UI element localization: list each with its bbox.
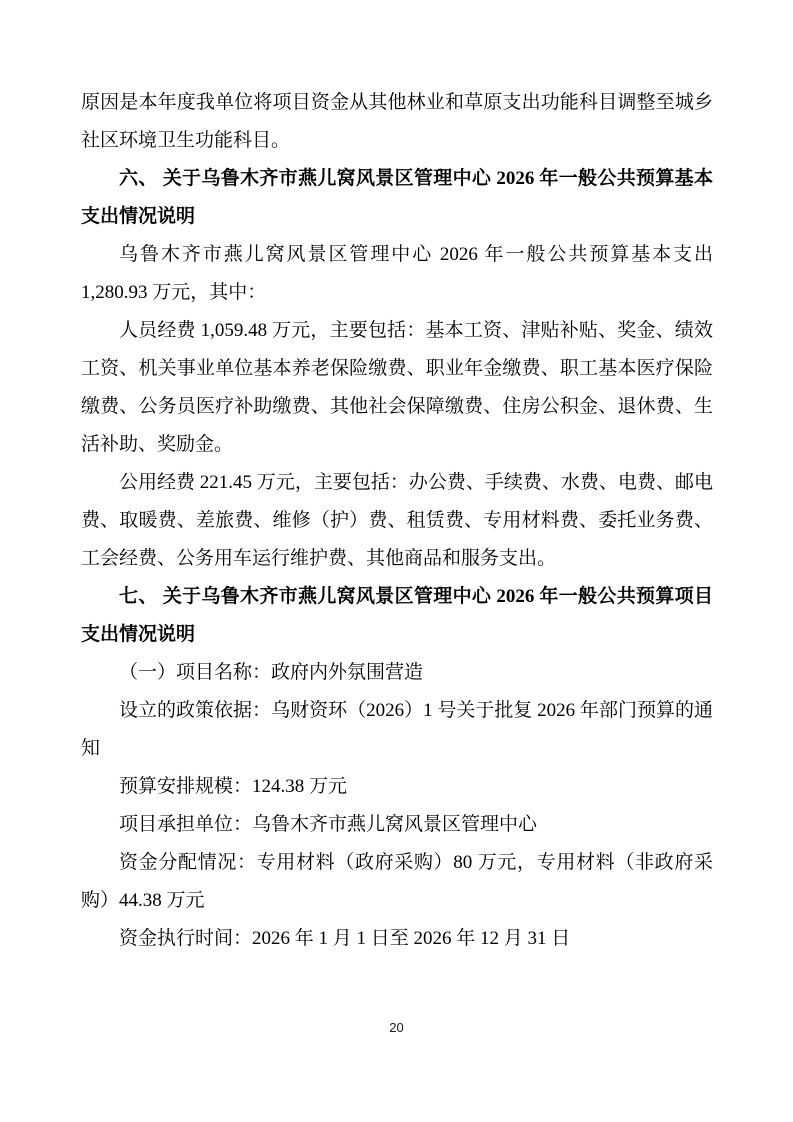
paragraph-basic-expenditure-total: 乌鲁木齐市燕儿窝风景区管理中心 2026 年一般公共预算基本支出 1,280.9… xyxy=(81,236,713,312)
page-footer: 20 xyxy=(0,1018,793,1038)
paragraph-personnel-funds: 人员经费 1,059.48 万元，主要包括：基本工资、津贴补贴、奖金、绩效工资、… xyxy=(81,312,713,464)
paragraph-project-name: （一）项目名称：政府内外氛围营造 xyxy=(81,654,713,692)
paragraph-budget-scale: 预算安排规模：124.38 万元 xyxy=(81,768,713,806)
section-heading-6: 六、 关于乌鲁木齐市燕儿窝风景区管理中心 2026 年一般公共预算基本支出情况说… xyxy=(81,160,713,236)
paragraph-policy-basis: 设立的政策依据：乌财资环（2026）1 号关于批复 2026 年部门预算的通知 xyxy=(81,692,713,768)
document-content: 原因是本年度我单位将项目资金从其他林业和草原支出功能科目调整至城乡社区环境卫生功… xyxy=(81,84,713,958)
paragraph-undertaking-unit: 项目承担单位：乌鲁木齐市燕儿窝风景区管理中心 xyxy=(81,806,713,844)
paragraph-continuation: 原因是本年度我单位将项目资金从其他林业和草原支出功能科目调整至城乡社区环境卫生功… xyxy=(81,84,713,160)
paragraph-public-funds: 公用经费 221.45 万元，主要包括：办公费、手续费、水费、电费、邮电费、取暖… xyxy=(81,464,713,578)
document-page: 原因是本年度我单位将项目资金从其他林业和草原支出功能科目调整至城乡社区环境卫生功… xyxy=(0,0,793,1122)
paragraph-fund-allocation: 资金分配情况：专用材料（政府采购）80 万元，专用材料（非政府采购）44.38 … xyxy=(81,844,713,920)
section-heading-7: 七、 关于乌鲁木齐市燕儿窝风景区管理中心 2026 年一般公共预算项目支出情况说… xyxy=(81,578,713,654)
paragraph-fund-execution-period: 资金执行时间：2026 年 1 月 1 日至 2026 年 12 月 31 日 xyxy=(81,920,713,958)
page-number: 20 xyxy=(389,1020,403,1035)
